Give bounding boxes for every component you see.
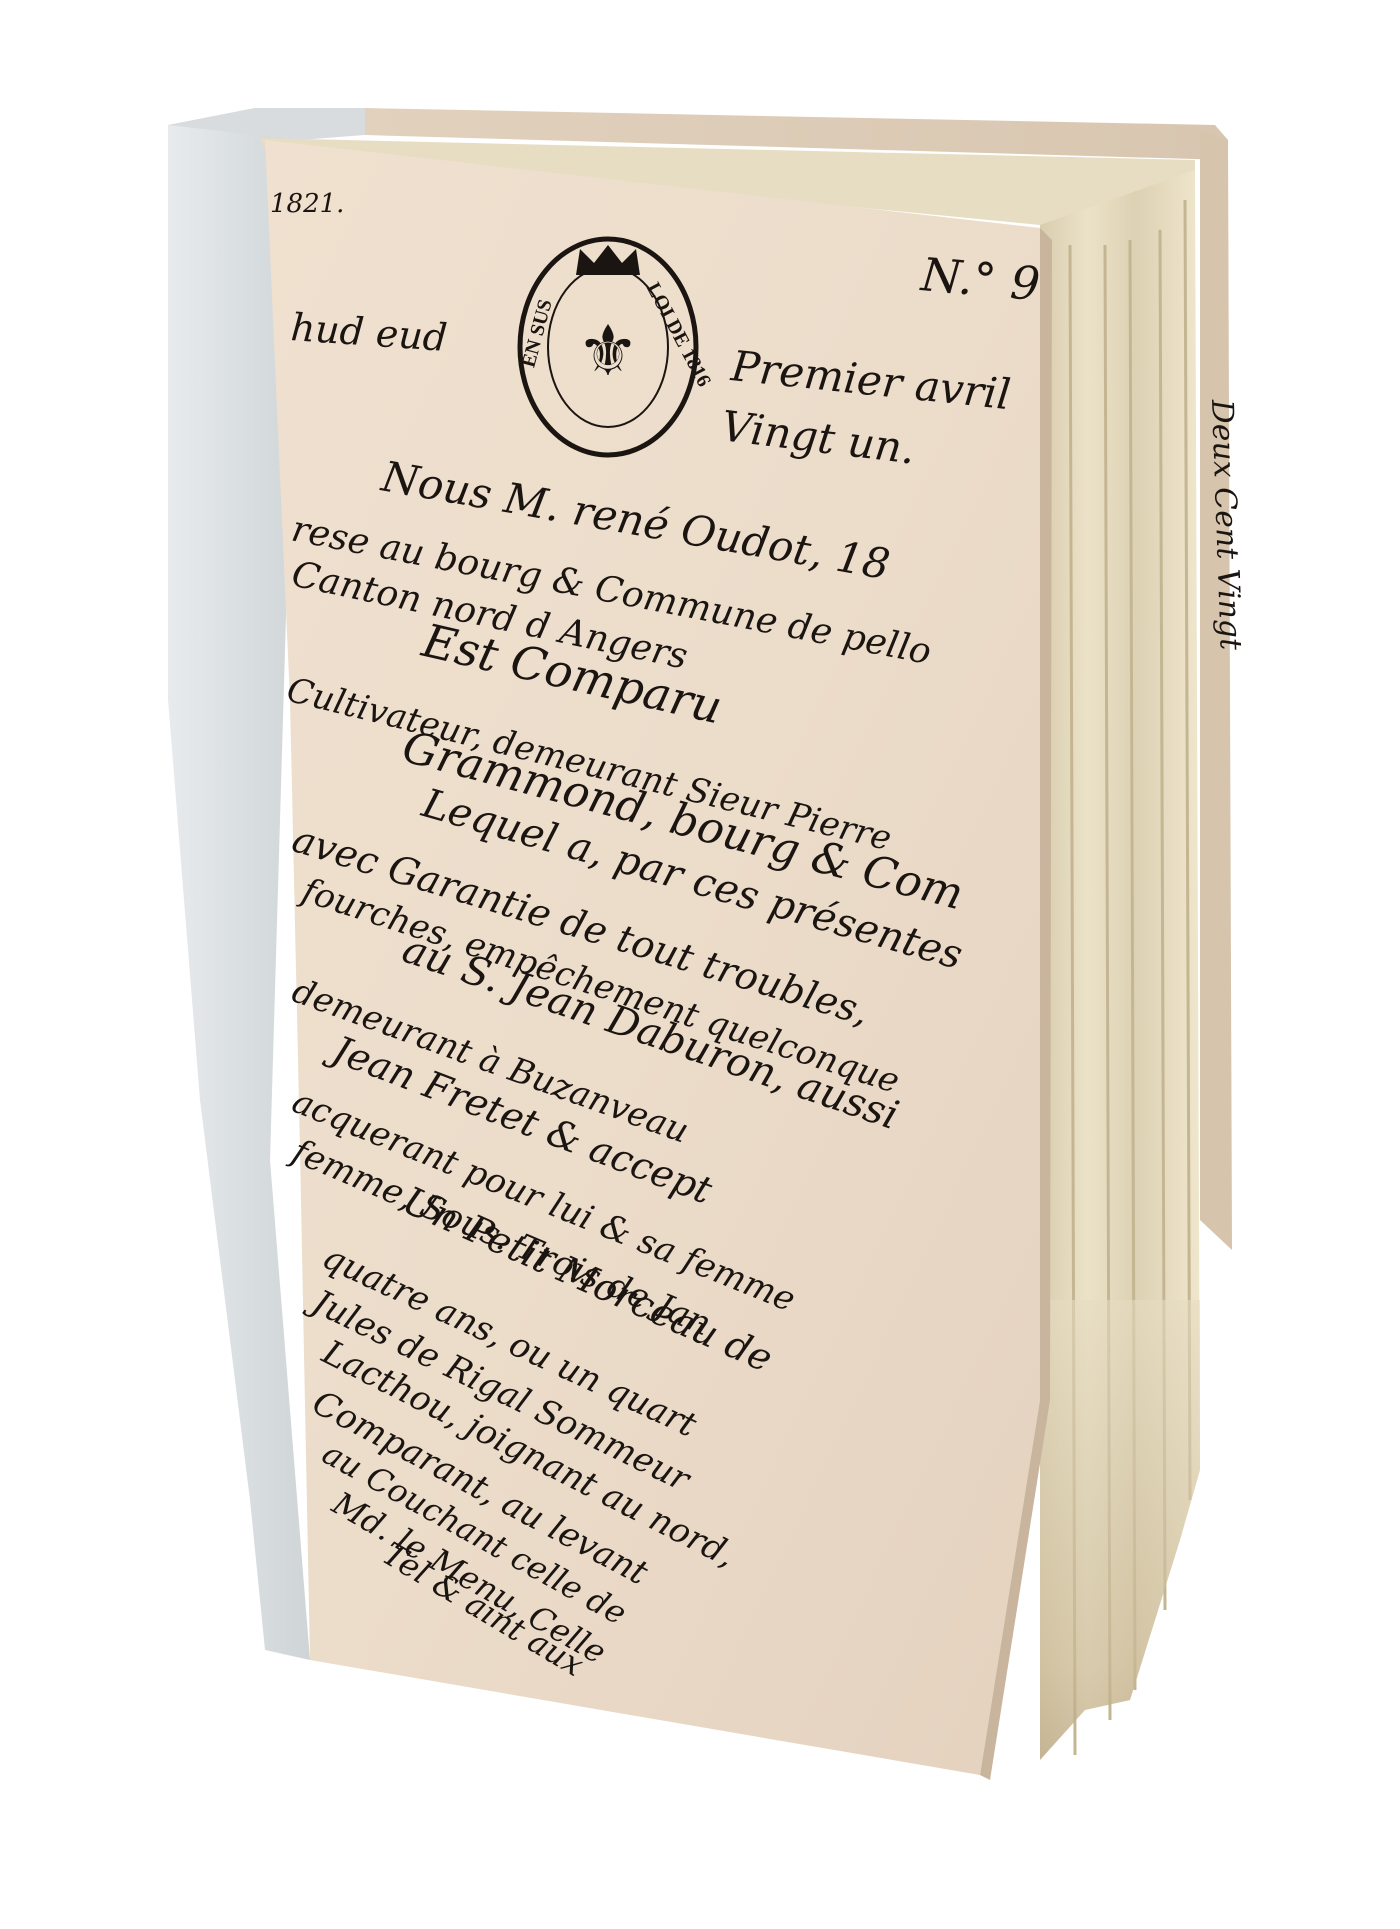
cover-year: 1821. [270,189,344,219]
fleur-de-lis-icon: ⚜ [577,310,640,392]
book-photo: 1821. N.° 9 ⚜ EN SUS LOI DE 1816 hud eud… [0,0,1400,1929]
pages-bottom-shadow [1040,1300,1200,1760]
cover-number: N.° 9 [918,247,1042,311]
book-illustration: 1821. N.° 9 ⚜ EN SUS LOI DE 1816 hud eud… [0,0,1400,1929]
back-cover-edge [1200,130,1232,1250]
